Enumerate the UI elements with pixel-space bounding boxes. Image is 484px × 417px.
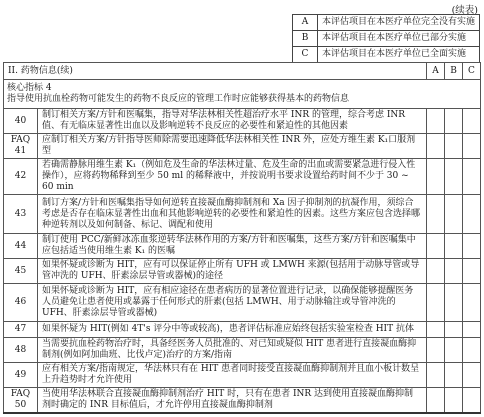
- legend-key: B: [293, 31, 318, 47]
- rating-a-cell[interactable]: [427, 159, 445, 195]
- table-row: 40 制订相关方案/方针和医嘱集，指导对华法林相关性超治疗水平 INR 的管理，…: [4, 109, 481, 134]
- table-row: 48 当需要抗血栓药物治疗时，具备经医务人员批准的、对已知或疑似 HIT 患者进…: [4, 338, 481, 363]
- item-text: 当需要抗血栓药物治疗时，具备经医务人员批准的、对已知或疑似 HIT 患者进行直接…: [38, 338, 427, 363]
- rating-b-cell[interactable]: [445, 388, 463, 414]
- item-number: 40: [4, 109, 38, 134]
- section-title: II. 药物信息(续): [4, 63, 427, 80]
- item-text: 如果怀疑或诊断为 HIT，应有可以保证停止所有 UFH 或 LMWH 来源(包括…: [38, 259, 427, 284]
- table-row: 42 若确需静脉用维生素 K₁（例如危及生命的华法林过量、危及生命的出血或需要紧…: [4, 159, 481, 195]
- rating-a-cell[interactable]: [427, 109, 445, 134]
- rating-a-cell[interactable]: [427, 284, 445, 322]
- rating-c-cell[interactable]: [463, 109, 481, 134]
- rating-c-cell[interactable]: [463, 338, 481, 363]
- item-number: 49: [4, 363, 38, 388]
- table-row: 49 应有相关方案/指南规定，华法林只有在 HIT 患者同时接受直接凝血酶抑制剂…: [4, 363, 481, 388]
- item-number: 48: [4, 338, 38, 363]
- item-text: 制订方案/方针和医嘱集指导如何逆转直接凝血酶抑制剂和 Xa 因子抑制剂的抗凝作用…: [38, 195, 427, 234]
- table-row: 46 如果怀疑或诊断为 HIT，应有相应途径在患者病历的显著位置进行记录，以确保…: [4, 284, 481, 322]
- rating-a-cell[interactable]: [427, 363, 445, 388]
- rating-b-cell[interactable]: [445, 234, 463, 259]
- legend-key: C: [293, 47, 318, 63]
- rating-b-cell[interactable]: [445, 259, 463, 284]
- item-number: 43: [4, 195, 38, 234]
- item-text: 制订使用 PCC/新鲜冰冻血浆逆转华法林作用的方案/方针和医嘱集，这些方案/方针…: [38, 234, 427, 259]
- rating-legend: A 本评估项目在本医疗单位完全没有实施 B 本评估项目在本医疗单位已部分实施 C…: [292, 14, 480, 63]
- rating-c-cell[interactable]: [463, 363, 481, 388]
- legend-text: 本评估项目在本医疗单位已部分实施: [318, 31, 480, 47]
- rating-a-cell[interactable]: [427, 259, 445, 284]
- rating-b-cell[interactable]: [445, 109, 463, 134]
- item-text: 如果怀疑或诊断为 HIT，应有相应途径在患者病历的显著位置进行记录，以确保能够提…: [38, 284, 427, 322]
- item-number: 45: [4, 259, 38, 284]
- item-text: 若确需静脉用维生素 K₁（例如危及生命的华法林过量、危及生命的出血或需要紧急进行…: [38, 159, 427, 195]
- table-header: II. 药物信息(续) A B C: [4, 63, 481, 80]
- item-number: 47: [4, 322, 38, 338]
- assessment-table: II. 药物信息(续) A B C 核心指标 4 指导使用抗血栓药物可能发生的药…: [3, 62, 481, 414]
- legend-row-c: C 本评估项目在本医疗单位已全面实施: [293, 47, 480, 63]
- table-row: FAQ 50 当使用华法林联合直接凝血酶抑制剂治疗 HIT 时，只有在患者 IN…: [4, 388, 481, 414]
- rating-a-cell[interactable]: [427, 195, 445, 234]
- table-row: 45 如果怀疑或诊断为 HIT，应有可以保证停止所有 UFH 或 LMWH 来源…: [4, 259, 481, 284]
- rating-b-cell[interactable]: [445, 338, 463, 363]
- rating-b-cell[interactable]: [445, 363, 463, 388]
- core-indicator-text: 指导使用抗血栓药物可能发生的药物不良反应的管理工作时应能够获得基本的药物信息: [7, 94, 477, 105]
- item-number: 46: [4, 284, 38, 322]
- item-number: 42: [4, 159, 38, 195]
- rating-b-cell[interactable]: [445, 159, 463, 195]
- rating-a-cell[interactable]: [427, 234, 445, 259]
- core-indicator-title: 核心指标 4: [7, 83, 477, 94]
- legend-key: A: [293, 15, 318, 31]
- item-text: 应有相关方案/指南规定，华法林只有在 HIT 患者同时接受直接凝血酶抑制剂并且血…: [38, 363, 427, 388]
- column-c-header: C: [463, 63, 481, 80]
- rating-c-cell[interactable]: [463, 134, 481, 159]
- rating-b-cell[interactable]: [445, 284, 463, 322]
- rating-b-cell[interactable]: [445, 322, 463, 338]
- column-a-header: A: [427, 63, 445, 80]
- item-text: 制订相关方案/方针和医嘱集，指导对华法林相关性超治疗水平 INR 的管理，综合考…: [38, 109, 427, 134]
- rating-c-cell[interactable]: [463, 388, 481, 414]
- legend-text: 本评估项目在本医疗单位已全面实施: [318, 47, 480, 63]
- table-row: 44 制订使用 PCC/新鲜冰冻血浆逆转华法林作用的方案/方针和医嘱集，这些方案…: [4, 234, 481, 259]
- column-b-header: B: [445, 63, 463, 80]
- rating-a-cell[interactable]: [427, 388, 445, 414]
- rating-c-cell[interactable]: [463, 234, 481, 259]
- rating-c-cell[interactable]: [463, 195, 481, 234]
- rating-a-cell[interactable]: [427, 134, 445, 159]
- item-number: FAQ 41: [4, 134, 38, 159]
- legend-row-a: A 本评估项目在本医疗单位完全没有实施: [293, 15, 480, 31]
- rating-c-cell[interactable]: [463, 159, 481, 195]
- rating-c-cell[interactable]: [463, 322, 481, 338]
- rating-a-cell[interactable]: [427, 322, 445, 338]
- item-number: FAQ 50: [4, 388, 38, 414]
- legend-text: 本评估项目在本医疗单位完全没有实施: [318, 15, 480, 31]
- table-row: 47 如果怀疑为 HIT(例如 4T's 评分中等或较高)，患者评估标准应始终包…: [4, 322, 481, 338]
- legend-row-b: B 本评估项目在本医疗单位已部分实施: [293, 31, 480, 47]
- core-indicator-row: 核心指标 4 指导使用抗血栓药物可能发生的药物不良反应的管理工作时应能够获得基本…: [4, 80, 481, 109]
- rating-b-cell[interactable]: [445, 195, 463, 234]
- rating-a-cell[interactable]: [427, 338, 445, 363]
- rating-c-cell[interactable]: [463, 284, 481, 322]
- item-number: 44: [4, 234, 38, 259]
- rating-c-cell[interactable]: [463, 259, 481, 284]
- table-row: FAQ 41 应制订相关方案/方针指导医师除需要迅速降低华法林相关性 INR 外…: [4, 134, 481, 159]
- item-text: 如果怀疑为 HIT(例如 4T's 评分中等或较高)，患者评估标准应始终包括实验…: [38, 322, 427, 338]
- table-row: 43 制订方案/方针和医嘱集指导如何逆转直接凝血酶抑制剂和 Xa 因子抑制剂的抗…: [4, 195, 481, 234]
- item-text: 应制订相关方案/方针指导医师除需要迅速降低华法林相关性 INR 外，应处方维生素…: [38, 134, 427, 159]
- rating-b-cell[interactable]: [445, 134, 463, 159]
- item-text: 当使用华法林联合直接凝血酶抑制剂治疗 HIT 时，只有在患者 INR 达到使用直…: [38, 388, 427, 414]
